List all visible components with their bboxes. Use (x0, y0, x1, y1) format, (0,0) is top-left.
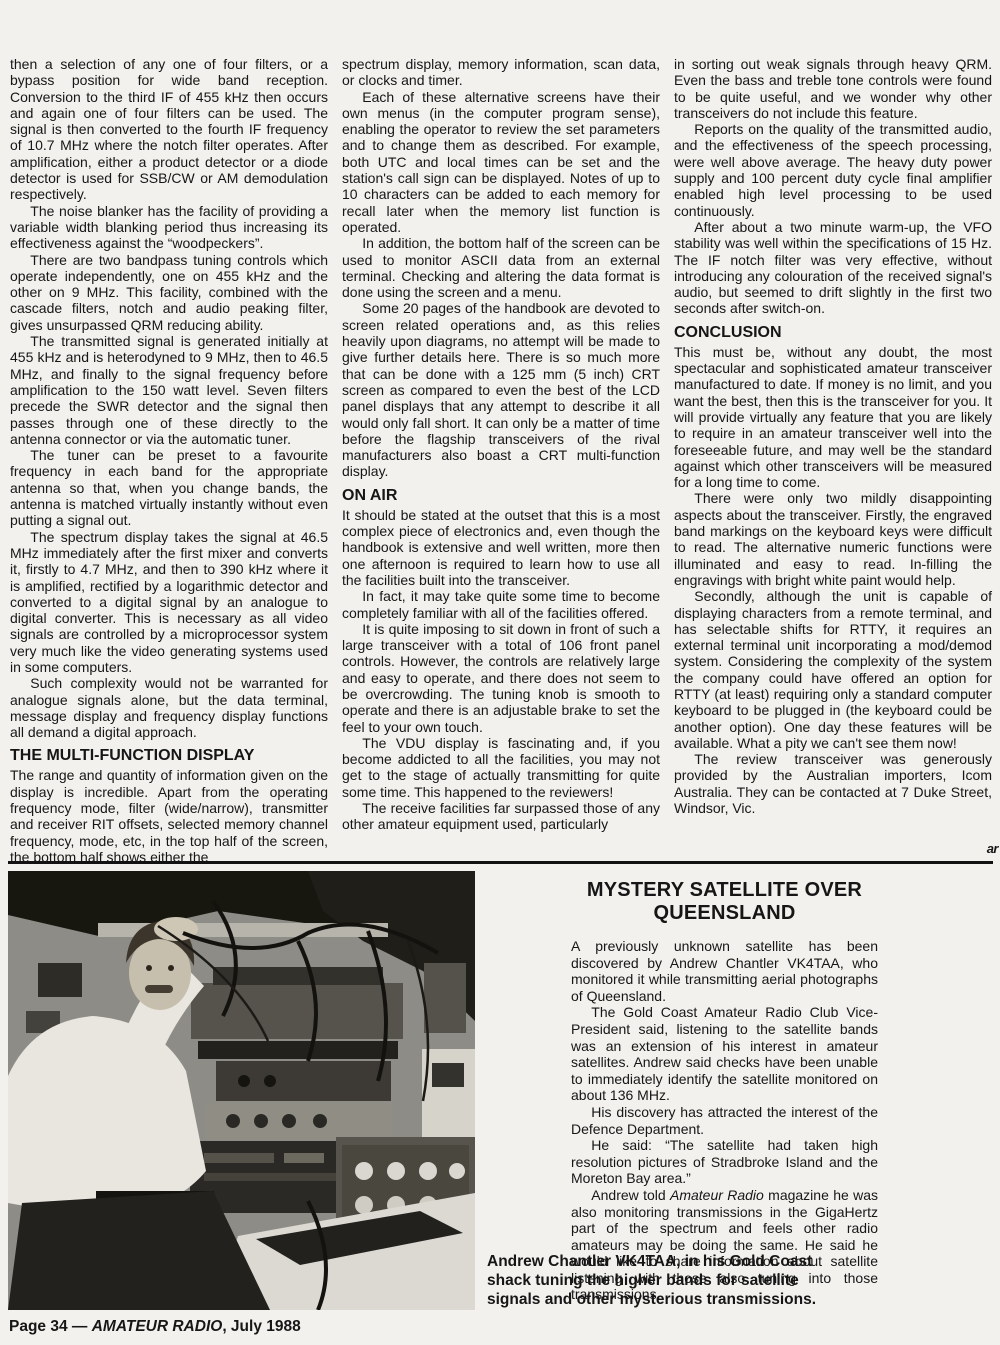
paragraph: The Gold Coast Amateur Radio Club Vice-P… (571, 1004, 878, 1104)
paragraph: In addition, the bottom half of the scre… (342, 235, 660, 300)
magazine-page: then a selection of any one of four filt… (0, 0, 1000, 1345)
paragraph: The tuner can be preset to a favourite f… (10, 447, 328, 528)
paragraph: A previously unknown satellite has been … (571, 938, 878, 1004)
paragraph: The transmitted signal is generated init… (10, 333, 328, 447)
section-heading: ON AIR (342, 487, 660, 505)
paragraph: Secondly, although the unit is capable o… (674, 588, 992, 751)
paragraph: Reports on the quality of the transmitte… (674, 121, 992, 219)
satellite-article: MYSTERY SATELLITE OVER QUEENSLAND A prev… (485, 871, 995, 1310)
section-heading: THE MULTI-FUNCTION DISPLAY (10, 747, 328, 765)
paragraph: The receive facilities far surpassed tho… (342, 800, 660, 833)
paragraph: The noise blanker has the facility of pr… (10, 203, 328, 252)
review-column-3: in sorting out weak signals through heav… (674, 56, 992, 862)
paragraph: Some 20 pages of the handbook are devote… (342, 300, 660, 479)
paragraph: It should be stated at the outset that t… (342, 507, 660, 588)
review-column-2: spectrum display, memory information, sc… (342, 56, 660, 862)
review-column-1: then a selection of any one of four filt… (10, 56, 328, 862)
paragraph: There were only two mildly disappointing… (674, 490, 992, 588)
article-end-marker: ar (987, 841, 998, 856)
paragraph: This must be, without any doubt, the mos… (674, 344, 992, 491)
paragraph: He said: “The satellite had taken high r… (571, 1137, 878, 1187)
photo-caption: Andrew Chantler VK4TAA, in his Gold Coas… (487, 1252, 817, 1309)
paragraph: The range and quantity of information gi… (10, 767, 328, 862)
paragraph: in sorting out weak signals through heav… (674, 56, 992, 121)
bottom-section: MYSTERY SATELLITE OVER QUEENSLAND A prev… (8, 871, 995, 1310)
paragraph: There are two bandpass tuning controls w… (10, 252, 328, 333)
paragraph: The spectrum display takes the signal at… (10, 529, 328, 676)
satellite-paragraphs: A previously unknown satellite has been … (571, 938, 878, 1303)
satellite-article-body: MYSTERY SATELLITE OVER QUEENSLAND A prev… (571, 879, 878, 1303)
paragraph: Such complexity would not be warranted f… (10, 675, 328, 740)
paragraph: After about a two minute warm-up, the VF… (674, 219, 992, 317)
paragraph: then a selection of any one of four filt… (10, 56, 328, 203)
satellite-title-line1: MYSTERY SATELLITE OVER (559, 879, 890, 902)
section-heading: CONCLUSION (674, 324, 992, 342)
paragraph: The review transceiver was generously pr… (674, 751, 992, 816)
satellite-article-title: MYSTERY SATELLITE OVER QUEENSLAND (559, 879, 890, 925)
paragraph: His discovery has attracted the interest… (571, 1104, 878, 1137)
paragraph: The VDU display is fascinating and, if y… (342, 735, 660, 800)
shack-photo (8, 871, 475, 1310)
paragraph: It is quite imposing to sit down in fron… (342, 621, 660, 735)
review-article: then a selection of any one of four filt… (10, 56, 993, 862)
paragraph: Each of these alternative screens have t… (342, 89, 660, 236)
page-footer: Page 34 — AMATEUR RADIO, July 1988 (9, 1318, 301, 1336)
section-divider-rule (8, 861, 993, 864)
satellite-title-line2: QUEENSLAND (559, 902, 890, 925)
paragraph: spectrum display, memory information, sc… (342, 56, 660, 89)
paragraph: In fact, it may take quite some time to … (342, 588, 660, 621)
shack-photo-illustration (8, 871, 475, 1310)
